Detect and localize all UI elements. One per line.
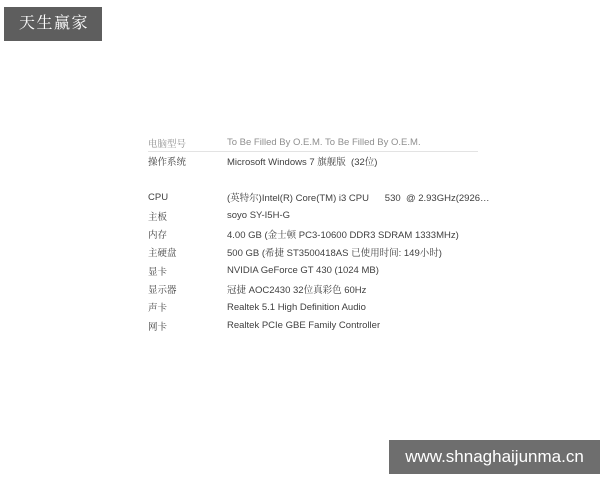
promo-badge: 天生赢家 bbox=[4, 7, 102, 41]
spec-group: CPU (英特尔)Intel(R) Core(TM) i3 CPU 530 @ … bbox=[148, 188, 478, 334]
spec-label: 声卡 bbox=[148, 300, 227, 314]
spec-label: 显卡 bbox=[148, 264, 227, 278]
spec-row: 内存 4.00 GB (金士顿 PC3-10600 DDR3 SDRAM 133… bbox=[148, 225, 478, 243]
system-specs-table: 电脑型号 To Be Filled By O.E.M. To Be Filled… bbox=[148, 134, 478, 335]
spec-label: 网卡 bbox=[148, 319, 227, 333]
spec-label: 主硬盘 bbox=[148, 245, 227, 259]
spec-value: 冠捷 AOC2430 32位真彩色 60Hz bbox=[227, 282, 366, 296]
spec-row: 操作系统 Microsoft Windows 7 旗舰版 (32位) bbox=[148, 152, 478, 170]
spec-row: 显示器 冠捷 AOC2430 32位真彩色 60Hz bbox=[148, 280, 478, 298]
spec-row: 电脑型号 To Be Filled By O.E.M. To Be Filled… bbox=[148, 134, 478, 152]
spec-row: 主板 soyo SY-I5H-G bbox=[148, 207, 478, 225]
watermark-url: www.shnaghaijunma.cn bbox=[389, 440, 600, 474]
spec-label: 电脑型号 bbox=[148, 136, 227, 150]
spec-row: 主硬盘 500 GB (希捷 ST3500418AS 已使用时间: 149小时) bbox=[148, 243, 478, 261]
spec-value: Microsoft Windows 7 旗舰版 (32位) bbox=[227, 154, 377, 168]
spec-value: soyo SY-I5H-G bbox=[227, 210, 290, 221]
spec-label: 显示器 bbox=[148, 282, 227, 296]
spec-value: NVIDIA GeForce GT 430 (1024 MB) bbox=[227, 265, 379, 276]
spec-label: 主板 bbox=[148, 209, 227, 223]
spec-row: 网卡 Realtek PCIe GBE Family Controller bbox=[148, 316, 478, 334]
spec-label: CPU bbox=[148, 192, 227, 203]
page: 天生赢家 电脑型号 To Be Filled By O.E.M. To Be F… bbox=[0, 0, 600, 480]
spec-label: 操作系统 bbox=[148, 154, 227, 168]
spec-row: 显卡 NVIDIA GeForce GT 430 (1024 MB) bbox=[148, 261, 478, 279]
spec-row: 声卡 Realtek 5.1 High Definition Audio bbox=[148, 298, 478, 316]
spec-value: To Be Filled By O.E.M. To Be Filled By O… bbox=[227, 137, 421, 148]
spec-value: 4.00 GB (金士顿 PC3-10600 DDR3 SDRAM 1333MH… bbox=[227, 227, 459, 241]
spec-value: (英特尔)Intel(R) Core(TM) i3 CPU 530 @ 2.93… bbox=[227, 190, 490, 204]
spec-value: Realtek 5.1 High Definition Audio bbox=[227, 302, 366, 313]
spec-value: 500 GB (希捷 ST3500418AS 已使用时间: 149小时) bbox=[227, 245, 442, 259]
spec-label: 内存 bbox=[148, 227, 227, 241]
spec-row: CPU (英特尔)Intel(R) Core(TM) i3 CPU 530 @ … bbox=[148, 188, 478, 206]
spec-group: 电脑型号 To Be Filled By O.E.M. To Be Filled… bbox=[148, 134, 478, 170]
spec-value: Realtek PCIe GBE Family Controller bbox=[227, 320, 380, 331]
